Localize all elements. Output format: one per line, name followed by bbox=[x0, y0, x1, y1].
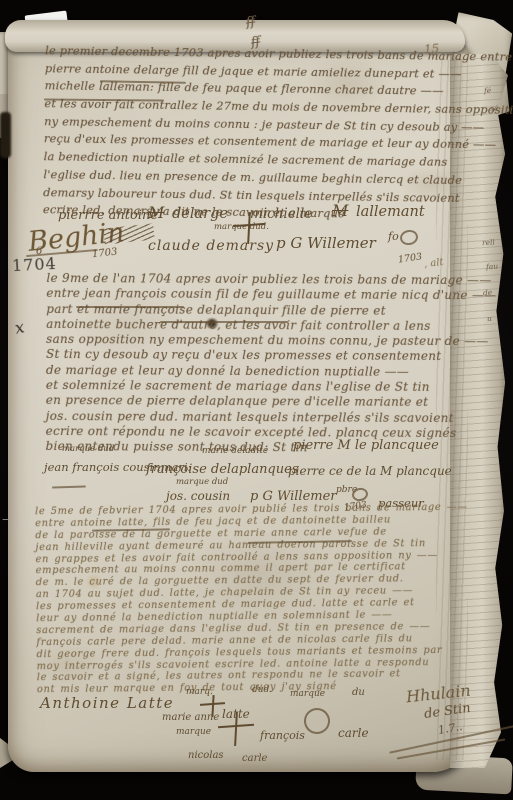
top-mark: ff bbox=[245, 14, 256, 30]
witness-name: françois bbox=[260, 729, 305, 742]
edge-text-fragment: u bbox=[487, 314, 492, 323]
groom-signature: Anthoine Latte bbox=[40, 694, 174, 712]
bride-surname: lallemant bbox=[356, 204, 425, 220]
witness-surname: carle bbox=[338, 726, 369, 740]
bride-signature: françoise delaplanques bbox=[146, 462, 299, 477]
priest-fo: fo bbox=[388, 230, 399, 243]
priest-signature: p G Willemer bbox=[250, 489, 337, 504]
marque-note: marque dud bbox=[62, 444, 114, 454]
edge-text-fragment: de bbox=[483, 288, 493, 298]
bride-name: michielle bbox=[250, 206, 312, 222]
ink-underline bbox=[160, 321, 288, 323]
marque-note: marque dud bbox=[176, 477, 228, 487]
witness-surname: carle bbox=[242, 753, 267, 764]
witness-signature: pierre M le plancquee bbox=[293, 438, 439, 453]
priest-signature: p G Willemer bbox=[276, 234, 376, 252]
marque-note: marie deladite bbox=[202, 446, 268, 456]
edge-text-fragment: rell bbox=[482, 238, 495, 248]
manuscript-photo: 15 ff ff 1704 6 x – le premier decembre … bbox=[0, 0, 513, 800]
marque-note: marque bbox=[176, 727, 211, 737]
margin-dash-note: – bbox=[2, 512, 9, 527]
edge-text-fragment: fé bbox=[484, 86, 492, 95]
marriage-record-1704-jan: le 9me de l'an 1704 apres avoir publiez … bbox=[46, 271, 459, 457]
bride-name: marie anne bbox=[162, 712, 219, 723]
ink-underline bbox=[76, 306, 184, 308]
priest-alt-note: , alt bbox=[423, 257, 444, 270]
marriage-record-1703: le premier decembre 1703 apres avoir pub… bbox=[43, 43, 449, 225]
cross-mark bbox=[226, 712, 246, 746]
marque-note: du bbox=[352, 687, 365, 698]
edge-text-fragment: fau bbox=[486, 262, 499, 272]
witness-name: nicolas bbox=[188, 750, 224, 761]
priest-role: passeur bbox=[378, 496, 424, 510]
witness-signature: pierre ce de la M plancque bbox=[288, 464, 452, 478]
witness-signature: jos. cousin bbox=[166, 489, 230, 503]
marque-note: dud. bbox=[252, 685, 272, 695]
groom-mark: M bbox=[148, 203, 164, 222]
bride-mark: M bbox=[332, 201, 348, 220]
witness-signature: claude demarsy bbox=[148, 238, 274, 254]
groom-surname: delarge bbox=[172, 206, 228, 222]
edge-text-fragment: sé bbox=[490, 104, 499, 114]
binding-shadow bbox=[0, 112, 11, 158]
marque-note: marque bbox=[290, 689, 325, 699]
